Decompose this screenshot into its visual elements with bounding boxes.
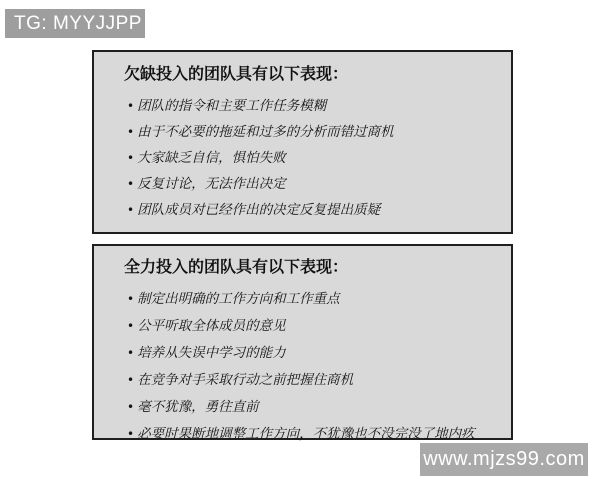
site-watermark: www.mjzs99.com xyxy=(420,443,588,476)
list-item-text: 毫不犹豫，勇往直前 xyxy=(137,399,259,415)
list-item-text: 大家缺乏自信，惧怕失败 xyxy=(137,150,286,166)
list-item: •在竞争对手采取行动之前把握住商机 xyxy=(127,367,503,394)
bullet-icon: • xyxy=(127,177,134,191)
bullet-icon: • xyxy=(127,319,134,333)
list-item-text: 培养从失误中学习的能力 xyxy=(137,345,286,361)
bullet-icon: • xyxy=(127,203,134,217)
list-item-text: 团队的指令和主要工作任务模糊 xyxy=(137,98,326,114)
bullet-icon: • xyxy=(127,151,134,165)
list-item: •培养从失误中学习的能力 xyxy=(127,340,503,367)
committed-team-box: 全力投入的团队具有以下表现： •制定出明确的工作方向和工作重点 •公平听取全体成… xyxy=(92,244,513,440)
uncommitted-team-title: 欠缺投入的团队具有以下表现： xyxy=(124,64,499,86)
list-item-text: 必要时果断地调整工作方向，不犹豫也不没完没了地内疚 xyxy=(137,426,475,442)
bullet-icon: • xyxy=(127,125,134,139)
bullet-icon: • xyxy=(127,292,134,306)
list-item: •团队的指令和主要工作任务模糊 xyxy=(127,93,499,119)
bullet-icon: • xyxy=(127,346,134,360)
list-item: •毫不犹豫，勇往直前 xyxy=(127,394,503,421)
list-item-text: 公平听取全体成员的意见 xyxy=(137,318,286,334)
committed-team-list: •制定出明确的工作方向和工作重点 •公平听取全体成员的意见 •培养从失误中学习的… xyxy=(124,286,503,448)
list-item-text: 由于不必要的拖延和过多的分析而错过商机 xyxy=(137,124,394,140)
uncommitted-team-box: 欠缺投入的团队具有以下表现： •团队的指令和主要工作任务模糊 •由于不必要的拖延… xyxy=(92,50,513,234)
tg-contact-label: TG: MYYJJPP xyxy=(14,13,142,34)
list-item-text: 团队成员对已经作出的决定反复提出质疑 xyxy=(137,202,380,218)
site-watermark-label: www.mjzs99.com xyxy=(423,448,584,470)
bullet-icon: • xyxy=(127,373,134,387)
list-item-text: 反复讨论，无法作出决定 xyxy=(137,176,286,192)
committed-team-title: 全力投入的团队具有以下表现： xyxy=(124,257,503,279)
tg-contact-badge: TG: MYYJJPP xyxy=(5,9,145,38)
list-item: •由于不必要的拖延和过多的分析而错过商机 xyxy=(127,119,499,145)
list-item: •公平听取全体成员的意见 xyxy=(127,313,503,340)
list-item: •制定出明确的工作方向和工作重点 xyxy=(127,286,503,313)
bullet-icon: • xyxy=(127,400,134,414)
list-item: •反复讨论，无法作出决定 xyxy=(127,171,499,197)
list-item: •大家缺乏自信，惧怕失败 xyxy=(127,145,499,171)
list-item-text: 制定出明确的工作方向和工作重点 xyxy=(137,291,340,307)
bullet-icon: • xyxy=(127,427,134,441)
slide-canvas: TG: MYYJJPP 欠缺投入的团队具有以下表现： •团队的指令和主要工作任务… xyxy=(0,0,600,480)
uncommitted-team-list: •团队的指令和主要工作任务模糊 •由于不必要的拖延和过多的分析而错过商机 •大家… xyxy=(124,93,499,223)
bullet-icon: • xyxy=(127,99,134,113)
list-item-text: 在竞争对手采取行动之前把握住商机 xyxy=(137,372,353,388)
list-item: •团队成员对已经作出的决定反复提出质疑 xyxy=(127,197,499,223)
